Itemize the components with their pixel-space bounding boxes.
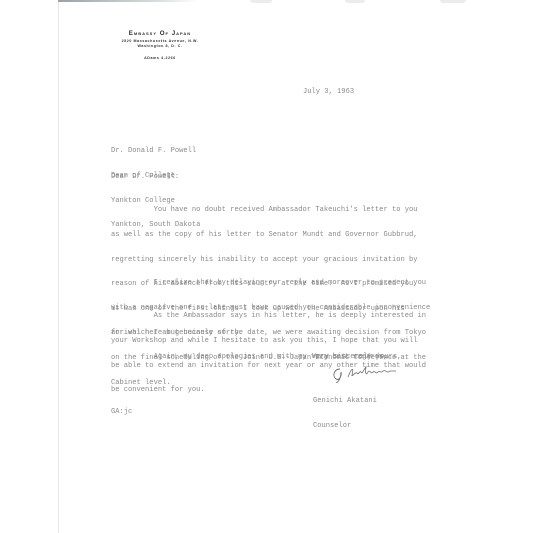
reference-initials: GA:jc: [111, 408, 132, 416]
recipient-line: Dr. Donald F. Powell: [111, 147, 200, 155]
letterhead-name: Embassy Of Japan: [100, 30, 220, 38]
letterhead-city: Washington 8, D. C.: [100, 44, 220, 49]
body-line: You have no doubt received Ambassador Ta…: [111, 206, 426, 214]
salutation: Dear Dr. Powell:: [111, 173, 179, 181]
scan-edge-shadow: [58, 0, 198, 2]
letterhead: Embassy Of Japan 2520 Massachusetts Aven…: [100, 30, 220, 60]
body-line: as well as the copy of his letter to Sen…: [111, 231, 426, 239]
scan-smudge: [440, 0, 466, 3]
body-line: I realize that by delaying our reply and…: [111, 279, 430, 287]
scan-smudge: [250, 0, 272, 3]
body-line: be convenient for you.: [111, 386, 426, 394]
signer-block: Genichi Akatani Counselor: [313, 381, 377, 438]
scan-smudge: [345, 0, 365, 3]
signer-name: Genichi Akatani: [313, 397, 377, 405]
letter-date: July 3, 1963: [303, 88, 354, 96]
signature-icon: [330, 363, 410, 383]
complimentary-close: Very sincerely yours,: [312, 353, 401, 361]
signer-title: Counselor: [313, 422, 377, 430]
body-line: As the Ambassador says in his letter, he…: [111, 312, 426, 320]
letterhead-phone: ADams 4-2266: [100, 56, 220, 60]
